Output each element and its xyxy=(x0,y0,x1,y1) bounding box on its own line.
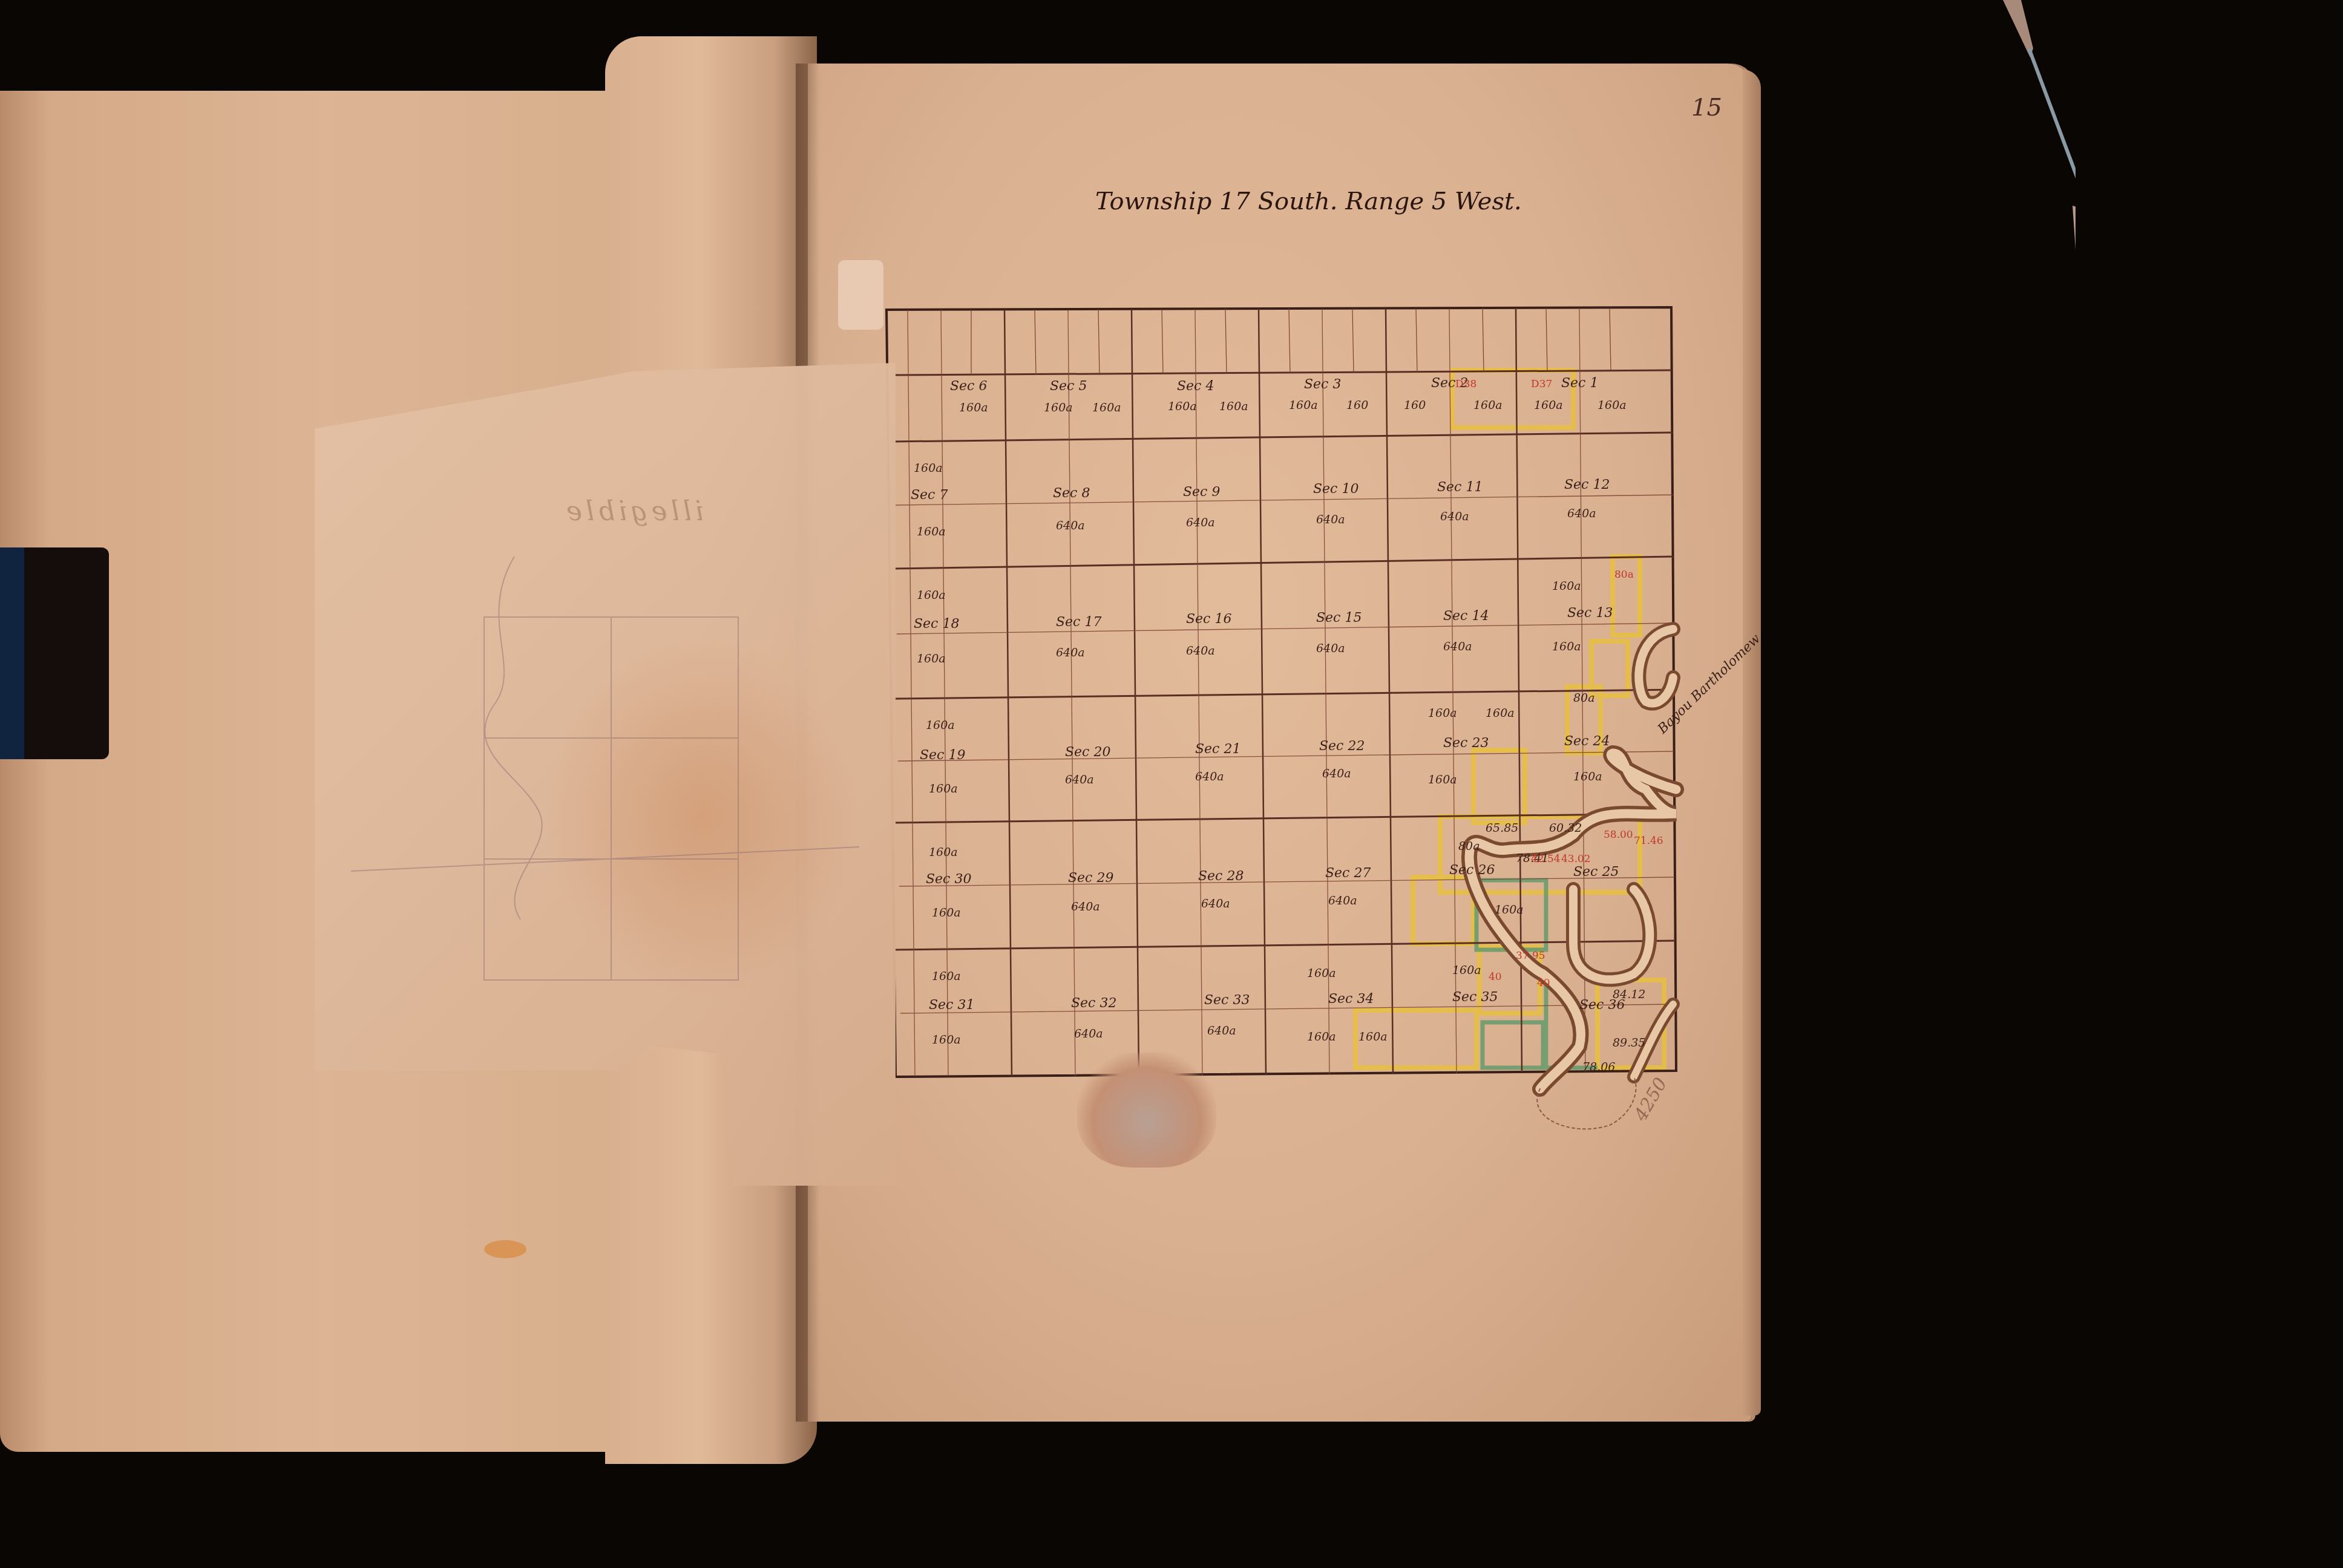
svg-text:160a: 160a xyxy=(929,846,958,859)
svg-text:160a: 160a xyxy=(932,970,961,983)
svg-text:Sec 25: Sec 25 xyxy=(1573,864,1619,880)
svg-text:640a: 640a xyxy=(1316,513,1345,526)
svg-text:Sec 34: Sec 34 xyxy=(1328,991,1374,1007)
svg-text:160a: 160a xyxy=(917,652,946,665)
svg-text:160a: 160a xyxy=(926,719,955,732)
svg-text:160a: 160a xyxy=(1573,770,1602,783)
svg-text:Sec 27: Sec 27 xyxy=(1325,866,1371,881)
page-edge xyxy=(1743,70,1761,1416)
acreage-labels: 160a 160a 160a 160a 160a 160a 160 160 16… xyxy=(914,378,1663,1074)
svg-text:42.54: 42.54 xyxy=(1531,853,1561,865)
svg-text:640a: 640a xyxy=(1201,897,1230,910)
svg-text:Sec 13: Sec 13 xyxy=(1567,606,1613,621)
svg-text:Sec 4: Sec 4 xyxy=(1177,379,1214,394)
svg-text:640a: 640a xyxy=(1322,767,1351,780)
svg-text:Sec 10: Sec 10 xyxy=(1313,482,1358,497)
svg-text:160a: 160a xyxy=(1289,399,1318,412)
svg-text:Sec 5: Sec 5 xyxy=(1050,379,1087,394)
svg-text:89.35: 89.35 xyxy=(1613,1036,1645,1050)
svg-text:Sec 11: Sec 11 xyxy=(1437,480,1483,495)
svg-text:Sec 8: Sec 8 xyxy=(1053,486,1090,501)
svg-text:160a: 160a xyxy=(1428,773,1457,786)
svg-text:160a: 160a xyxy=(1473,399,1502,412)
svg-text:Sec 23: Sec 23 xyxy=(1443,736,1489,751)
svg-text:84.12: 84.12 xyxy=(1613,988,1645,1001)
svg-text:Sec 33: Sec 33 xyxy=(1204,993,1250,1008)
svg-text:Sec 35: Sec 35 xyxy=(1452,990,1498,1005)
page-number: 15 xyxy=(1691,94,1722,122)
svg-text:640a: 640a xyxy=(1056,519,1085,532)
svg-text:D37: D37 xyxy=(1531,378,1552,390)
svg-text:Sec 32: Sec 32 xyxy=(1071,996,1116,1011)
overlay-sketch-map xyxy=(339,544,859,1040)
svg-text:Sec 18: Sec 18 xyxy=(914,616,959,632)
svg-text:160a: 160a xyxy=(1092,401,1121,414)
svg-text:160a: 160a xyxy=(1219,400,1248,413)
svg-text:Sec 24: Sec 24 xyxy=(1564,734,1610,749)
svg-text:640a: 640a xyxy=(1186,644,1215,658)
svg-text:Sec 6: Sec 6 xyxy=(950,379,987,394)
svg-text:60.32: 60.32 xyxy=(1549,822,1582,835)
svg-text:80a: 80a xyxy=(1573,691,1595,705)
svg-text:160a: 160a xyxy=(929,782,958,795)
svg-text:160a: 160a xyxy=(917,525,946,538)
svg-text:640a: 640a xyxy=(1065,773,1094,786)
svg-text:160: 160 xyxy=(1404,399,1426,412)
overlay-faded-title: illegible xyxy=(563,496,704,527)
svg-text:78.06: 78.06 xyxy=(1582,1060,1615,1074)
svg-text:160a: 160a xyxy=(1486,707,1515,720)
svg-text:Sec 30: Sec 30 xyxy=(926,872,971,887)
svg-text:640a: 640a xyxy=(1316,642,1345,655)
svg-text:Sec 3: Sec 3 xyxy=(1304,377,1341,392)
svg-text:58.00: 58.00 xyxy=(1604,829,1633,841)
svg-text:160a: 160a xyxy=(1358,1030,1388,1044)
svg-text:80a: 80a xyxy=(1614,569,1634,581)
svg-text:160a: 160a xyxy=(1307,967,1336,980)
svg-text:160a: 160a xyxy=(1044,401,1073,414)
svg-text:Sec 1: Sec 1 xyxy=(1561,376,1598,391)
svg-text:640a: 640a xyxy=(1186,516,1215,529)
svg-text:80a: 80a xyxy=(1458,840,1480,853)
svg-text:160a: 160a xyxy=(1168,400,1197,413)
svg-text:160a: 160a xyxy=(914,462,943,475)
svg-text:Sec 9: Sec 9 xyxy=(1183,485,1220,500)
svg-text:Sec 20: Sec 20 xyxy=(1065,745,1110,760)
svg-text:Sec 14: Sec 14 xyxy=(1443,609,1489,624)
svg-text:Sec 29: Sec 29 xyxy=(1068,871,1113,886)
spatula-tool xyxy=(1967,0,2076,399)
svg-text:160a: 160a xyxy=(932,1033,961,1047)
bookmark-spine xyxy=(0,547,24,759)
svg-text:160a: 160a xyxy=(1534,399,1563,412)
svg-text:640a: 640a xyxy=(1443,640,1472,653)
svg-text:160a: 160a xyxy=(1552,580,1581,593)
svg-text:640a: 640a xyxy=(1071,900,1100,913)
svg-text:640a: 640a xyxy=(1440,510,1469,523)
svg-text:Sec 31: Sec 31 xyxy=(929,998,974,1013)
svg-text:71.46: 71.46 xyxy=(1634,835,1663,847)
svg-text:640a: 640a xyxy=(1195,770,1224,783)
svg-text:Sec 12: Sec 12 xyxy=(1564,477,1610,492)
svg-text:160a: 160a xyxy=(932,906,961,920)
svg-text:160a: 160a xyxy=(1552,640,1581,653)
svg-text:Sec 16: Sec 16 xyxy=(1186,612,1231,627)
svg-text:160a: 160a xyxy=(1452,964,1481,977)
svg-text:40: 40 xyxy=(1537,977,1550,989)
svg-text:40: 40 xyxy=(1489,971,1502,983)
svg-text:37.95: 37.95 xyxy=(1516,950,1545,962)
svg-text:Sec 28: Sec 28 xyxy=(1198,869,1244,884)
svg-text:640a: 640a xyxy=(1328,894,1357,907)
svg-text:65.85: 65.85 xyxy=(1486,822,1518,835)
svg-text:Sec 7: Sec 7 xyxy=(911,488,948,503)
svg-text:Sec 21: Sec 21 xyxy=(1195,742,1240,757)
svg-text:640a: 640a xyxy=(1207,1024,1236,1037)
water-stain xyxy=(1077,1053,1216,1168)
svg-text:640a: 640a xyxy=(1056,646,1085,659)
svg-text:160a: 160a xyxy=(1495,903,1524,916)
svg-text:640a: 640a xyxy=(1074,1027,1103,1040)
svg-text:160: 160 xyxy=(1346,399,1368,412)
svg-text:160a: 160a xyxy=(1597,399,1627,412)
svg-text:160a: 160a xyxy=(917,589,946,602)
svg-text:Sec 19: Sec 19 xyxy=(920,748,965,763)
svg-text:43.02: 43.02 xyxy=(1561,853,1591,865)
svg-text:Sec 26: Sec 26 xyxy=(1449,863,1495,878)
svg-text:Sec 22: Sec 22 xyxy=(1319,739,1365,754)
svg-text:160a: 160a xyxy=(1428,707,1457,720)
svg-text:D38: D38 xyxy=(1455,378,1476,390)
svg-text:Sec 15: Sec 15 xyxy=(1316,610,1362,626)
svg-text:160a: 160a xyxy=(959,401,988,414)
township-plat-map: Sec 6 Sec 5 Sec 4 Sec 3 Sec 2 Sec 1 Sec … xyxy=(871,296,1731,1131)
ink-stain xyxy=(484,1240,526,1258)
svg-text:160a: 160a xyxy=(1307,1030,1336,1044)
svg-text:640a: 640a xyxy=(1567,507,1596,520)
svg-text:Sec 17: Sec 17 xyxy=(1056,615,1101,630)
map-title: Township 17 South. Range 5 West. xyxy=(1095,188,1522,215)
